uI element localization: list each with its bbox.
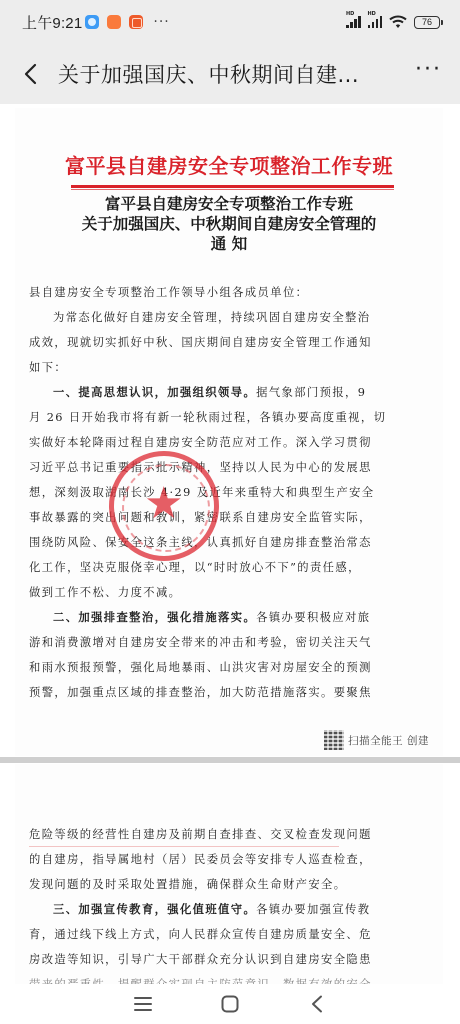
status-bar: 上午9:21 ··· HD HD 76 <box>0 0 460 44</box>
official-seal-stamp <box>109 451 219 561</box>
section-2-text: 各镇办要积极应对旅 <box>256 611 370 624</box>
taobao-icon <box>129 15 143 29</box>
title-bar: 关于加强国庆、中秋期间自建... ··· <box>0 44 460 104</box>
section-2-line: 和雨水预报预警，强化局地暴雨、山洪灾害对房屋安全的预测 <box>29 655 347 680</box>
system-back-button[interactable] <box>302 989 332 1019</box>
body-line: 发现问题的及时采取处置措施，确保群众生命财产安全。 <box>29 872 347 897</box>
cell-signal-icon: HD <box>346 16 361 28</box>
page-separator <box>0 757 460 763</box>
title-line-2: 关于加强国庆、中秋期间自建房安全管理的 <box>15 214 443 234</box>
page-title: 关于加强国庆、中秋期间自建... <box>58 59 359 89</box>
red-divider <box>71 185 394 188</box>
more-options-button[interactable]: ··· <box>415 59 442 89</box>
document-page-1: 富平县自建房安全专项整治工作专班 富平县自建房安全专项整治工作专班 关于加强国庆… <box>15 108 443 756</box>
section-3-first-line: 三、加强宣传教育，强化值班值守。各镇办要加强宣传教 <box>29 897 347 922</box>
section-1-line: 月 26 日开始我市将有新一轮秋雨过程，各镇办要高度重视，切 <box>29 405 347 430</box>
section-2-first-line: 二、加强排查整治，强化措施落实。各镇办要积极应对旅 <box>29 605 347 630</box>
document-viewer[interactable]: 富平县自建房安全专项整治工作专班 富平县自建房安全专项整治工作专班 关于加强国庆… <box>0 104 460 984</box>
back-button[interactable] <box>18 59 42 89</box>
highlight-underline <box>29 846 339 847</box>
intro-line: 如下： <box>29 355 347 380</box>
section-1-line: 化工作，坚决克服侥幸心理，以“时时放心不下”的责任感， <box>29 555 347 580</box>
body-line: 危险等级的经营性自建房及前期自查排查、交叉检查发现问题 <box>29 822 347 847</box>
navigation-bar <box>0 984 460 1024</box>
scanner-watermark: 扫描全能王 创建 <box>324 730 429 750</box>
cell-signal-icon-2: HD <box>368 16 383 28</box>
intro-line: 为常态化做好自建房安全管理，持续巩固自建房安全整治 <box>29 305 347 330</box>
title-line-1: 富平县自建房安全专项整治工作专班 <box>15 194 443 214</box>
intro-line: 成效，现就切实抓好中秋、国庆期间自建房安全管理工作通知 <box>29 330 347 355</box>
section-3-line: 带来的严重性，提醒群众实现自主防范意识，数据有效的安全 <box>29 972 347 984</box>
back-icon <box>311 995 323 1013</box>
qr-code-icon <box>324 730 344 750</box>
document-page-2: 危险等级的经营性自建房及前期自查排查、交叉检查发现问题 的自建房，指导属地村（居… <box>15 764 443 984</box>
hd-label: HD <box>346 11 354 17</box>
red-divider-thin <box>71 189 394 190</box>
menu-icon <box>134 996 152 1012</box>
body-line: 的自建房，指导属地村（居）民委员会等安排专人巡查检查， <box>29 847 347 872</box>
section-2-heading: 二、加强排查整治，强化措施落实。 <box>53 610 256 624</box>
title-line-3: 通 知 <box>15 234 443 254</box>
section-3-heading: 三、加强宣传教育，强化值班值守。 <box>53 902 256 916</box>
section-1-first-line: 一、提高思想认识，加强组织领导。据气象部门预报，9 <box>29 380 347 405</box>
red-header: 富平县自建房安全专项整治工作专班 <box>15 150 443 179</box>
wifi-icon <box>389 15 407 29</box>
salutation: 县自建房安全专项整治工作领导小组各成员单位： <box>29 280 347 305</box>
section-1-heading: 一、提高思想认识，加强组织领导。 <box>53 385 256 399</box>
section-1-line: 做到工作不松、力度不减。 <box>29 580 347 605</box>
status-indicators: HD HD 76 <box>346 15 440 29</box>
section-3-line: 育，通过线下线上方式，向人民群众宣传自建房质量安全、危 <box>29 922 347 947</box>
home-icon <box>221 995 239 1013</box>
section-2-line: 游和消费激增对自建房安全带来的冲击和考验，密切关注天气 <box>29 630 347 655</box>
section-3-text: 各镇办要加强宣传教 <box>256 903 370 916</box>
section-2-line: 预警，加强重点区域的排查整治，加大防范措施落实。要聚焦 <box>29 680 347 705</box>
document-title: 富平县自建房安全专项整治工作专班 关于加强国庆、中秋期间自建房安全管理的 通 知 <box>15 194 443 254</box>
watermark-text: 扫描全能王 创建 <box>348 733 429 748</box>
chevron-left-icon <box>23 63 37 85</box>
app-blue-icon <box>85 15 99 29</box>
notification-icons <box>85 15 143 29</box>
battery-icon: 76 <box>414 16 440 29</box>
section-1-line: 实做好本轮降雨过程自建房安全防范应对工作。深入学习贯彻 <box>29 430 347 455</box>
hd-label-2: HD <box>368 11 376 17</box>
section-1-text: 据气象部门预报，9 <box>256 386 366 399</box>
section-3-line: 房改造等知识，引导广大干部群众充分认识到自建房安全隐患 <box>29 947 347 972</box>
status-time: 上午9:21 <box>22 12 82 33</box>
more-notifications-icon: ··· <box>153 14 169 30</box>
app-orange-icon <box>107 15 121 29</box>
home-button[interactable] <box>215 989 245 1019</box>
menu-button[interactable] <box>128 989 158 1019</box>
